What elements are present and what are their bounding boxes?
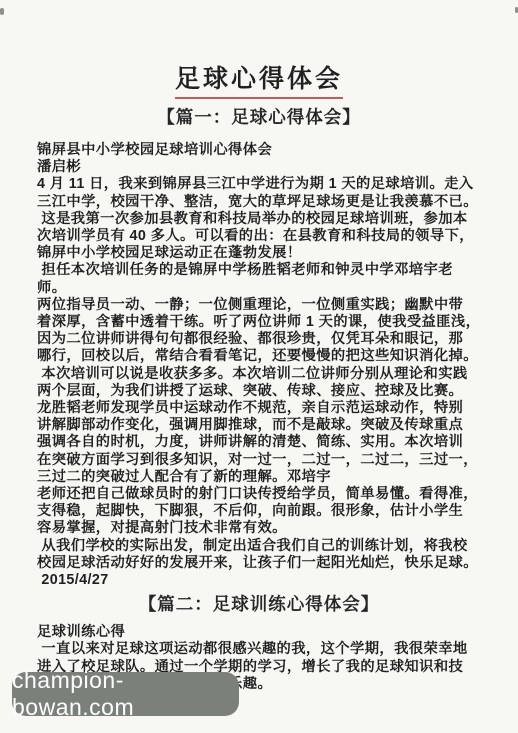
text-line: 老师还把自己做球员时的射门口诀传授给学员，简单易懂。看得准， — [37, 486, 481, 503]
text-line: 龙胜韬老师发现学员中运球动作不规范，亲自示范运球动作，特别 — [37, 400, 481, 417]
article-1-body: 4 月 11 日，我来到锦屏县三江中学进行为期 1 天的足球培训。走入三江中学，… — [37, 176, 481, 589]
text-line: 两位指导员一动、一静；一位侧重理论，一位侧重实践；幽默中带 — [37, 297, 481, 314]
article-1-author: 潘启彬 — [37, 159, 481, 176]
text-line: 哪行，回校以后，常结合看看笔记，还要慢慢的把这些知识消化掉。 — [37, 348, 481, 365]
text-line: 支得稳，起脚快，下脚狠，不后仰，向前跟。很形象，估计小学生 — [37, 503, 481, 520]
watermark-badge: champion-bowan.com — [12, 672, 239, 716]
page-title: 足球心得体会 — [0, 0, 518, 99]
text-line: 4 月 11 日，我来到锦屏县三江中学进行为期 1 天的足球培训。走入 — [37, 176, 481, 193]
text-line: 一直以来对足球这项运动都很感兴趣的我，这个学期，我很荣幸地 — [37, 641, 481, 658]
text-line: 三江中学，校园干净、整洁，宽大的草坪足球场更是让我羡慕不已。 — [37, 194, 481, 211]
section-2-heading: 【篇二：足球训练心得体会】 — [0, 591, 518, 616]
text-line: 因为二位讲师讲得句句都很经验、都很珍贵，仅凭耳朵和眼记，那 — [37, 331, 481, 348]
text-line: 这是我第一次参加县教育和科技局举办的校园足球培训班，参加本 — [37, 211, 481, 228]
text-line: 在突破方面学习到很多知识，对一过一，二过一，二过二，三过一， — [37, 452, 481, 469]
text-line: 锦屏中小学校园足球运动正在蓬勃发展！ — [37, 245, 481, 262]
article-2-subtitle: 足球训练心得 — [37, 624, 481, 641]
text-line: 次培训学员有 40 多人。可以看的出：在县教育和科技局的领导下， — [37, 228, 481, 245]
text-line: 两个层面，为我们讲授了运球、突破、传球、接应、控球及比赛。 — [37, 383, 481, 400]
text-line: 本次培训可以说是收获多多。本次培训二位讲师分别从理论和实践 — [37, 366, 481, 383]
article-1: 锦屏县中小学校园足球培训心得体会 潘启彬 4 月 11 日，我来到锦屏县三江中学… — [0, 142, 518, 589]
text-line: 担任本次培训任务的是锦屏中学杨胜韬老师和钟灵中学邓培宇老师。 — [37, 262, 481, 296]
text-line: 讲解脚部动作变化，强调用脚推球，而不是敲球。突破及传球重点 — [37, 417, 481, 434]
text-line: 着深厚，含蓄中透着干练。听了两位讲师 1 天的课，使我受益匪浅， — [37, 314, 481, 331]
text-line: 强调各自的时机，力度，讲师讲解的清楚、简练、实用。本次培训 — [37, 434, 481, 451]
section-1-heading: 【篇一：足球心得体会】 — [0, 104, 518, 129]
text-line: 2015/4/27 — [37, 572, 481, 589]
text-line: 容易掌握，对提高射门技术非常有效。 — [37, 520, 481, 537]
page-title-text: 足球心得体会 — [175, 59, 343, 99]
watermark-text: champion-bowan.com — [12, 667, 239, 721]
scan-artifact-left — [0, 8, 4, 15]
document-page: 足球心得体会 【篇一：足球心得体会】 锦屏县中小学校园足球培训心得体会 潘启彬 … — [0, 0, 518, 733]
text-line: 校园足球活动好好的发展开来，让孩子们一起阳光灿烂，快乐足球。 — [37, 555, 481, 572]
text-line: 从我们学校的实际出发，制定出适合我们自己的训练计划，将我校 — [37, 538, 481, 555]
article-1-subtitle: 锦屏县中小学校园足球培训心得体会 — [37, 142, 481, 159]
text-line: 三过二的突破过人配合有了新的理解。邓培宇 — [37, 469, 481, 486]
